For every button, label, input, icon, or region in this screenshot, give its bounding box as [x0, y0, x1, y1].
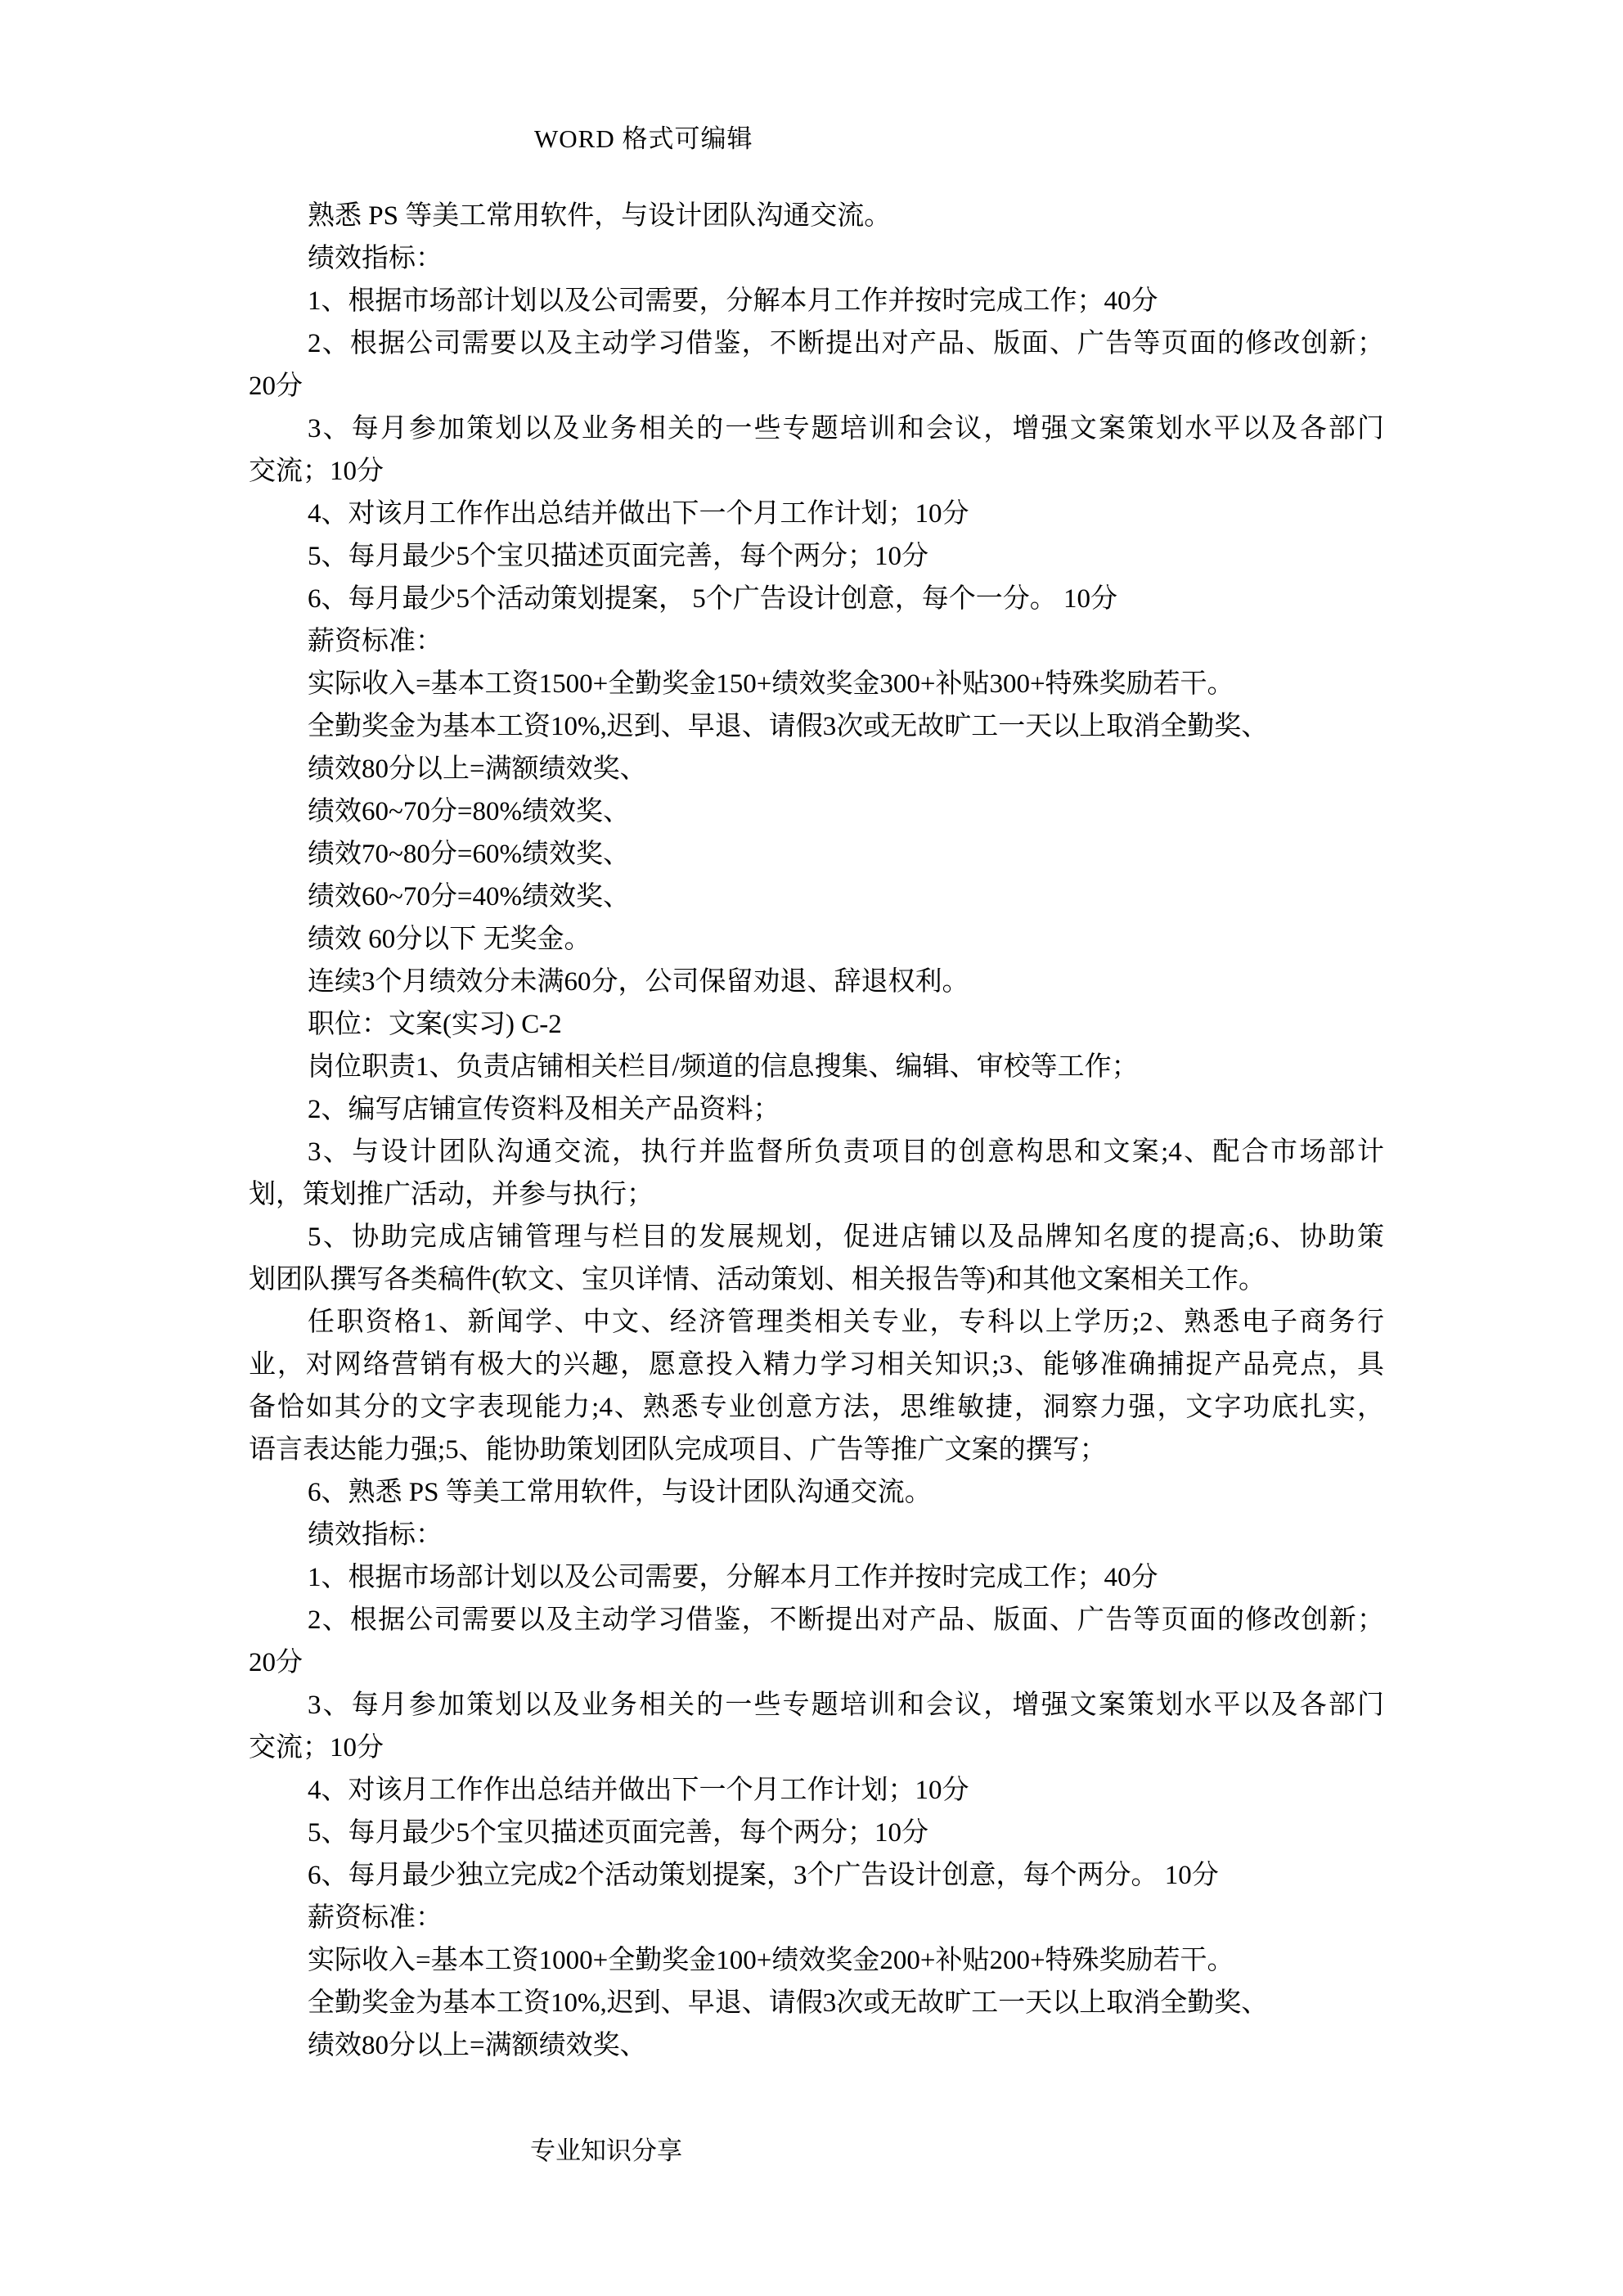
- text-line: 划团队撰写各类稿件(软文、宝贝详情、活动策划、相关报告等)和其他文案相关工作。: [249, 1258, 1384, 1301]
- text-line: 岗位职责1、负责店铺相关栏目/频道的信息搜集、编辑、审校等工作；: [249, 1046, 1384, 1088]
- text-line: 绩效指标：: [249, 1514, 1384, 1556]
- text-line: 绩效60~70分=40%绩效奖、: [249, 876, 1384, 918]
- text-line: 2、编写店铺宣传资料及相关产品资料；: [249, 1088, 1384, 1131]
- text-line: 3、每月参加策划以及业务相关的一些专题培训和会议，增强文案策划水平以及各部门: [249, 407, 1384, 450]
- text-line: 2、根据公司需要以及主动学习借鉴，不断提出对产品、版面、广告等页面的修改创新；: [249, 1599, 1384, 1641]
- text-line: 3、每月参加策划以及业务相关的一些专题培训和会议，增强文案策划水平以及各部门: [249, 1684, 1384, 1727]
- text-line: 绩效70~80分=60%绩效奖、: [249, 833, 1384, 876]
- text-line: 熟悉 PS 等美工常用软件，与设计团队沟通交流。: [249, 195, 1384, 237]
- page-header-text: WORD 格式可编辑: [534, 118, 753, 155]
- document-body: 熟悉 PS 等美工常用软件，与设计团队沟通交流。绩效指标：1、根据市场部计划以及…: [249, 195, 1384, 2067]
- text-line: 备恰如其分的文字表现能力;4、熟悉专业创意方法，思维敏捷，洞察力强，文字功底扎实…: [249, 1386, 1384, 1429]
- text-line: 绩效80分以上=满额绩效奖、: [249, 748, 1384, 790]
- text-line: 交流；10分: [249, 450, 1384, 493]
- text-line: 实际收入=基本工资1500+全勤奖金150+绩效奖金300+补贴300+特殊奖励…: [249, 663, 1384, 705]
- text-line: 1、根据市场部计划以及公司需要，分解本月工作并按时完成工作；40分: [249, 280, 1384, 322]
- text-line: 绩效指标：: [249, 237, 1384, 280]
- text-line: 任职资格1、新闻学、中文、经济管理类相关专业，专科以上学历;2、熟悉电子商务行: [249, 1301, 1384, 1344]
- text-line: 全勤奖金为基本工资10%,迟到、早退、请假3次或无故旷工一天以上取消全勤奖、: [249, 1982, 1384, 2024]
- text-line: 2、根据公司需要以及主动学习借鉴，不断提出对产品、版面、广告等页面的修改创新；: [249, 322, 1384, 365]
- document-page: WORD 格式可编辑 熟悉 PS 等美工常用软件，与设计团队沟通交流。绩效指标：…: [0, 0, 1623, 2296]
- text-line: 交流；10分: [249, 1727, 1384, 1769]
- text-line: 3、与设计团队沟通交流，执行并监督所负责项目的创意构思和文案;4、配合市场部计: [249, 1131, 1384, 1173]
- text-line: 20分: [249, 1641, 1384, 1684]
- page-footer-text: 专业知识分享: [530, 2130, 682, 2167]
- text-line: 实际收入=基本工资1000+全勤奖金100+绩效奖金200+补贴200+特殊奖励…: [249, 1939, 1384, 1982]
- text-line: 4、对该月工作作出总结并做出下一个月工作计划；10分: [249, 493, 1384, 535]
- text-line: 全勤奖金为基本工资10%,迟到、早退、请假3次或无故旷工一天以上取消全勤奖、: [249, 705, 1384, 748]
- text-line: 6、每月最少独立完成2个活动策划提案，3个广告设计创意，每个两分。 10分: [249, 1854, 1384, 1897]
- text-line: 薪资标准：: [249, 620, 1384, 663]
- text-line: 绩效80分以上=满额绩效奖、: [249, 2024, 1384, 2067]
- text-line: 5、每月最少5个宝贝描述页面完善，每个两分；10分: [249, 1812, 1384, 1854]
- text-line: 20分: [249, 365, 1384, 407]
- text-line: 连续3个月绩效分未满60分，公司保留劝退、辞退权利。: [249, 961, 1384, 1003]
- text-line: 6、熟悉 PS 等美工常用软件，与设计团队沟通交流。: [249, 1471, 1384, 1514]
- text-line: 1、根据市场部计划以及公司需要，分解本月工作并按时完成工作；40分: [249, 1556, 1384, 1599]
- text-line: 绩效60~70分=80%绩效奖、: [249, 790, 1384, 833]
- text-line: 6、每月最少5个活动策划提案， 5个广告设计创意，每个一分。 10分: [249, 578, 1384, 620]
- text-line: 绩效 60分以下 无奖金。: [249, 918, 1384, 961]
- text-line: 薪资标准：: [249, 1897, 1384, 1939]
- text-line: 业，对网络营销有极大的兴趣，愿意投入精力学习相关知识;3、能够准确捕捉产品亮点，…: [249, 1344, 1384, 1386]
- text-line: 5、每月最少5个宝贝描述页面完善，每个两分；10分: [249, 535, 1384, 578]
- text-line: 4、对该月工作作出总结并做出下一个月工作计划；10分: [249, 1769, 1384, 1812]
- text-line: 职位：文案(实习) C-2: [249, 1003, 1384, 1046]
- text-line: 语言表达能力强;5、能协助策划团队完成项目、广告等推广文案的撰写；: [249, 1429, 1384, 1471]
- text-line: 5、协助完成店铺管理与栏目的发展规划，促进店铺以及品牌知名度的提高;6、协助策: [249, 1216, 1384, 1258]
- text-line: 划，策划推广活动，并参与执行；: [249, 1173, 1384, 1216]
